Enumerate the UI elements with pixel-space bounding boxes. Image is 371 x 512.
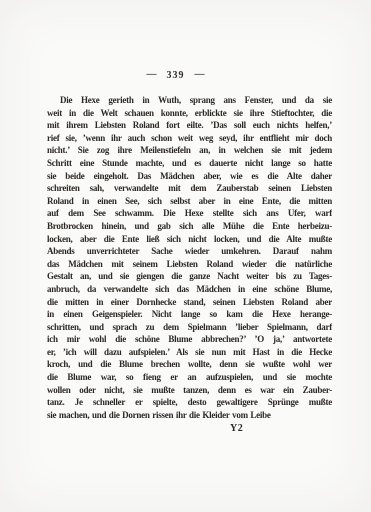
text-line: rief sie, ’wenn ihr auch schon weit weg … (47, 132, 332, 145)
header-dash-right: — (195, 69, 205, 80)
text-line: schritten, und sprach zu dem Spielmann ’… (47, 321, 332, 334)
header-dash-left: — (147, 69, 157, 80)
text-line: tanz. Je schneller er spielte, desto gew… (47, 396, 332, 409)
text-line: schreiten sah, verwandelte mit dem Zaube… (47, 182, 332, 195)
text-line: wollen oder nicht, sie mußte tanzen, den… (47, 384, 332, 397)
text-line: ich mir wohl die schöne Blume abbrechen?… (47, 333, 332, 346)
text-line: sie beide eingeholt. Das Mädchen aber, w… (47, 170, 332, 183)
text-line: er, ’ich will dazu aufspielen.’ Als sie … (47, 346, 332, 359)
page-number: 339 (167, 70, 185, 81)
page-header: —339— (0, 70, 351, 81)
text-line: Brotbrocken hinein, und gab sich alle Mü… (47, 220, 332, 233)
text-line: nicht.’ Sie zog ihre Meilenstiefeln an, … (47, 144, 332, 157)
body-text: Die Hexe gerieth in Wuth, sprang ans Fen… (47, 94, 332, 421)
text-line: das Mädchen mit seinem Liebsten Roland w… (47, 258, 332, 271)
text-line: Gestalt an, und sie giengen die ganze Na… (47, 270, 332, 283)
text-line: Die Hexe gerieth in Wuth, sprang ans Fen… (47, 94, 332, 107)
text-line: Roland in einen See, sich selbst aber in… (47, 195, 332, 208)
text-line: in einen Geigenspieler. Nicht lange so k… (47, 308, 332, 321)
text-line: Schritt eine Stunde machte, und es dauer… (47, 157, 332, 170)
text-line: die Blume war, so fieng er an aufzuspiel… (47, 371, 332, 384)
text-line: sie machen, und die Dornen rissen ihr di… (47, 409, 332, 422)
text-line: Abends unverrichteter Sache wieder umkeh… (47, 245, 332, 258)
text-line: weit in die Welt schauen konnte, erblick… (47, 107, 332, 120)
text-line: anbruch, da verwandelte sich das Mädchen… (47, 283, 332, 296)
text-line: mit ihrem Liebsten Roland fort eilte. ’D… (47, 119, 332, 132)
text-line: die mitten in einer Dornhecke stand, sei… (47, 296, 332, 309)
text-line: auf dem See schwamm. Die Hexe stellte si… (47, 207, 332, 220)
book-page: —339— Die Hexe gerieth in Wuth, sprang a… (0, 0, 371, 512)
signature-mark: Y2 (230, 423, 243, 434)
text-line: kroch, und die Blume brechen wollte, den… (47, 358, 332, 371)
text-line: locken, aber die Ente ließ sich nicht lo… (47, 233, 332, 246)
